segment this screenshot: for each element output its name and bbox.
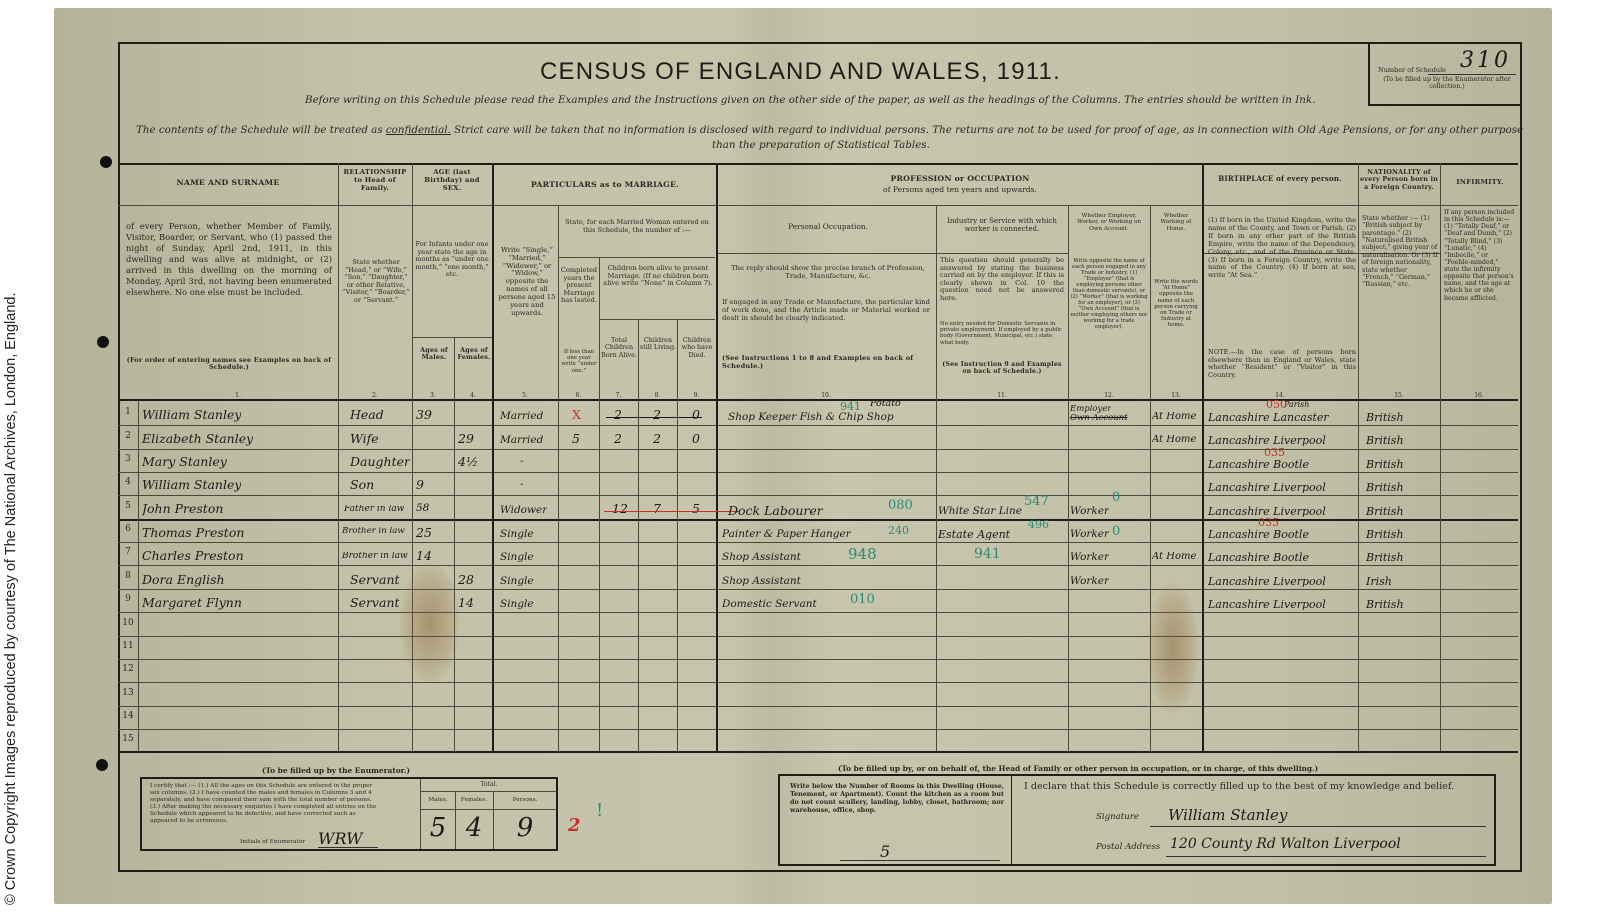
cell-age-male: 14	[416, 550, 432, 563]
header-birthplace: BIRTHPLACE of every person.	[1204, 175, 1356, 183]
header-occupation: PROFESSION or OCCUPATION	[718, 175, 1202, 184]
header-children-died: Children who have Died.	[678, 337, 716, 359]
cell-nationality: British	[1366, 599, 1404, 610]
cell-birthplace-code: 035	[1258, 517, 1279, 528]
cell-marital-status: Widower	[500, 505, 547, 516]
header-children-total: Total Children Born Alive.	[600, 337, 638, 359]
totals-persons-label: Persons.	[493, 797, 557, 803]
enumerator-certificate-box: I certify that :— (1.) All the ages on t…	[140, 777, 558, 851]
cell-at-home: At Home	[1152, 552, 1196, 562]
row-number: 5	[122, 501, 134, 511]
cell-birthplace: Lancashire Bootle	[1208, 459, 1309, 470]
header-birthplace-desc: (1) If born in the United Kingdom, write…	[1208, 217, 1356, 280]
header-home: Whether Working at Home.	[1152, 213, 1200, 232]
cell-nationality: British	[1366, 435, 1404, 446]
column-number: 16.	[1440, 392, 1518, 399]
row-number: 2	[122, 431, 134, 441]
paper-stain	[1148, 583, 1198, 713]
instruction-line-2: The contents of the Schedule will be tre…	[136, 124, 1523, 136]
column-number: 1.	[138, 392, 338, 399]
column-number: 3.	[412, 392, 454, 399]
header-age-desc: For Infants under one year state the age…	[414, 241, 490, 279]
schedule-number-note: (To be filled up by the Enumerator after…	[1376, 76, 1518, 90]
cell-children-living: 2	[653, 433, 661, 446]
column-number: 11.	[936, 392, 1068, 399]
cell-birthplace-code: 050	[1266, 399, 1287, 410]
header-employer-desc: Write opposite the name of each person e…	[1070, 259, 1148, 331]
signature-value: William Stanley	[1168, 806, 1287, 824]
totals-label: Total.	[421, 781, 557, 788]
row-number: 14	[122, 711, 134, 721]
column-number: 4.	[454, 392, 492, 399]
cell-birthplace: Lancashire Lancaster	[1208, 412, 1329, 423]
cell-children-total: 2	[614, 433, 622, 446]
header-employer: Whether Employer, Worker, or Working on …	[1070, 213, 1148, 232]
copyright-credit: © Crown Copyright Images reproduced by c…	[3, 205, 27, 905]
cell-relationship: Head	[350, 409, 384, 422]
row-number: 6	[122, 524, 134, 534]
row-number: 4	[122, 477, 134, 487]
header-home-desc: Write the words “At Home” opposite the n…	[1152, 279, 1200, 329]
punch-hole	[100, 156, 112, 168]
row-number: 10	[122, 618, 134, 628]
cell-relationship: Brother in law	[342, 527, 405, 536]
schedule-number-value: 310	[1460, 48, 1511, 73]
header-industry-desc-2: No entry needed for Domestic Servants in…	[940, 321, 1064, 346]
row-number: 12	[122, 664, 134, 674]
cell-relationship: Father in law	[344, 505, 404, 514]
row-number: 15	[122, 734, 134, 744]
header-personal-desc-2: If engaged in any Trade or Manufacture, …	[722, 299, 930, 322]
instruction-text: The contents of the Schedule will be tre…	[136, 124, 386, 136]
cell-name: William Stanley	[142, 409, 241, 422]
header-age-females: Ages of Females.	[456, 347, 492, 362]
row-number: 11	[122, 641, 134, 651]
cell-marriage-years: 5	[572, 433, 580, 446]
cell-name: Margaret Flynn	[142, 597, 242, 610]
header-industry: Industry or Service with which worker is…	[938, 217, 1066, 233]
instruction-line-3: than the preparation of Statistical Tabl…	[712, 139, 930, 151]
row-number: 1	[122, 407, 134, 417]
cell-employer: Worker	[1070, 576, 1109, 587]
cell-nationality: Irish	[1366, 576, 1392, 587]
totals-males-label: Males.	[421, 797, 455, 803]
cell-employer-code: 0	[1112, 491, 1120, 504]
header-marriage-years: Completed years the present Marriage has…	[560, 267, 598, 305]
instruction-text: Strict care will be taken that no inform…	[451, 124, 1523, 136]
cell-name: William Stanley	[142, 479, 241, 492]
cell-age-female: 4½	[458, 456, 478, 469]
cell-occupation-code: 941	[840, 401, 861, 412]
header-name-note: (For order of entering names see Example…	[124, 357, 334, 372]
cell-occupation-code: 010	[850, 593, 875, 606]
cell-occupation-annotation: Potato	[870, 399, 901, 409]
enumerator-initials-label: Initials of Enumerator	[240, 839, 305, 845]
cell-occupation: Dock Labourer	[728, 505, 823, 518]
cell-birthplace: Lancashire Bootle	[1208, 529, 1309, 540]
header-industry-note: (See Instruction 9 and Examples on back …	[940, 361, 1064, 375]
cell-birthplace: Lancashire Bootle	[1208, 552, 1309, 563]
cell-marital-status: Single	[500, 576, 534, 587]
header-infirmity-desc: If any person included in this Schedule …	[1444, 209, 1516, 302]
cell-industry: Estate Agent	[938, 529, 1010, 540]
census-table: NAME AND SURNAME of every Person, whethe…	[118, 163, 1518, 751]
header-personal-note: (See Instructions 1 to 8 and Examples on…	[722, 355, 932, 370]
header-age-males: Ages of Males.	[414, 347, 454, 362]
row-number: 8	[122, 571, 134, 581]
cell-name: Charles Preston	[142, 550, 244, 563]
header-occupation-sub: of Persons aged ten years and upwards.	[718, 186, 1202, 195]
cell-age-male: 25	[416, 527, 432, 540]
instruction-line-1: Before writing on this Schedule please r…	[305, 94, 1315, 106]
totals-persons: 9	[493, 813, 557, 843]
header-birthplace-note: NOTE.—In the case of persons born elsewh…	[1208, 349, 1356, 379]
column-number: 12.	[1068, 392, 1150, 399]
header-infirmity: INFIRMITY.	[1442, 179, 1518, 187]
cell-nationality: British	[1366, 552, 1404, 563]
postal-address-label: Postal Address	[1096, 842, 1160, 852]
cell-relationship: Daughter	[350, 456, 410, 469]
column-number: 15.	[1358, 392, 1440, 399]
cell-age-female: 28	[458, 574, 474, 587]
cell-age-male: 58	[416, 503, 429, 514]
schedule-number-box: Number of Schedule 310 (To be filled up …	[1368, 44, 1522, 106]
header-children-living: Children still Living.	[639, 337, 677, 352]
cell-birthplace: Lancashire Liverpool	[1208, 599, 1326, 610]
cell-name: Dora English	[142, 574, 225, 587]
row-number: 9	[122, 594, 134, 604]
cell-nationality: British	[1366, 482, 1404, 493]
cell-children-living: 2	[653, 409, 661, 422]
header-married-woman: State, for each Married Woman entered on…	[562, 219, 712, 234]
postal-address-value: 120 County Rd Walton Liverpool	[1170, 836, 1401, 852]
cell-occupation: Domestic Servant	[722, 599, 817, 610]
cell-nationality: British	[1366, 506, 1404, 517]
cell-occupation-code: 240	[888, 525, 909, 536]
column-number: 13.	[1150, 392, 1202, 399]
page-title: CENSUS OF ENGLAND AND WALES, 1911.	[540, 58, 1061, 86]
column-number: 9.	[677, 392, 716, 399]
header-age: AGE (last Birthday) and SEX.	[414, 169, 490, 192]
cell-employer: Worker	[1070, 552, 1109, 563]
cell-marital-status: -	[520, 456, 524, 467]
cell-relationship: Brother in law	[342, 552, 408, 561]
column-number: 5.	[492, 392, 558, 399]
cell-nationality: British	[1366, 459, 1404, 470]
cell-age-female: 14	[458, 597, 474, 610]
cell-occupation: Painter & Paper Hanger	[722, 529, 851, 540]
cell-marital-status: Single	[500, 599, 534, 610]
header-marriage-years-note: If less than one year write “under one.”	[560, 349, 598, 374]
cell-occupation-code: 948	[848, 547, 877, 562]
head-of-family-heading: (To be filled up by, or on behalf of, th…	[838, 764, 1318, 773]
row-number: 13	[122, 688, 134, 698]
cell-occupation: Shop Assistant	[722, 552, 801, 563]
header-marriage: PARTICULARS as to MARRIAGE.	[498, 181, 712, 190]
row-number: 3	[122, 454, 134, 464]
cell-employer: Worker	[1070, 506, 1109, 517]
punch-hole	[97, 336, 109, 348]
row-number: 7	[122, 547, 134, 557]
cell-industry-code: 547	[1024, 495, 1049, 508]
teal-tick-mark: !	[596, 800, 603, 821]
cell-industry-code: 941	[974, 547, 1001, 561]
column-number: 10.	[716, 392, 936, 399]
cell-at-home: At Home	[1152, 435, 1196, 445]
cell-age-female: 29	[458, 433, 474, 446]
column-number: 6.	[558, 392, 599, 399]
cell-children-total: 2	[614, 409, 622, 422]
declaration-box: Write below the Number of Rooms in this …	[778, 774, 1496, 866]
red-check-mark: 2	[568, 815, 581, 836]
cell-birthplace: Lancashire Liverpool	[1208, 435, 1326, 446]
header-relationship: RELATIONSHIP to Head of Family.	[340, 169, 410, 192]
rooms-section: Write below the Number of Rooms in this …	[780, 776, 1012, 864]
cell-children-died: 0	[692, 409, 700, 422]
declaration-text: I declare that this Schedule is correctl…	[1024, 781, 1454, 792]
cell-age-male: 9	[416, 479, 424, 492]
header-marriage-status-desc: Write “Single,” “Married,” “Widower,” or…	[498, 247, 556, 317]
cell-name: John Preston	[142, 503, 223, 516]
cell-name: Thomas Preston	[142, 527, 244, 540]
signature-label: Signature	[1096, 812, 1139, 822]
totals-box: Total. Males. Females. Persons. 5 4 9	[420, 779, 556, 849]
cell-occupation-code: 080	[888, 499, 913, 512]
header-relationship-desc: State whether “Head,” or “Wife,” “Son,” …	[342, 259, 410, 304]
paper-stain	[400, 563, 460, 683]
cell-name: Mary Stanley	[142, 456, 227, 469]
cell-children-died: 0	[692, 433, 700, 446]
enumerator-certify-text: I certify that :— (1.) All the ages on t…	[150, 783, 378, 825]
cell-marital-status: Married	[500, 411, 543, 422]
header-name-desc: of every Person, whether Member of Famil…	[126, 221, 332, 297]
cell-employer: Employer	[1070, 405, 1111, 414]
cell-children-living: 7	[653, 503, 661, 516]
rooms-count: 5	[880, 842, 890, 861]
column-number: 7.	[599, 392, 638, 399]
enumerator-heading: (To be filled up by the Enumerator.)	[262, 766, 410, 775]
header-children: Children born alive to present Marriage.…	[602, 265, 714, 288]
cell-birthplace-annotation: Parish	[1284, 401, 1309, 409]
cell-age-male: 39	[416, 409, 432, 422]
cell-at-home: At Home	[1152, 412, 1196, 422]
column-number: 2.	[338, 392, 412, 399]
cell-nationality: British	[1366, 412, 1404, 423]
header-industry-desc: This question should generally be answer…	[940, 257, 1064, 302]
cell-occupation: Shop Keeper Fish & Chip Shop	[728, 412, 894, 423]
cell-industry-code: 496	[1028, 519, 1049, 530]
confidential-word: confidential.	[386, 124, 451, 136]
cell-marriage-years: X	[572, 409, 581, 422]
cell-occupation: Shop Assistant	[722, 576, 801, 587]
rooms-instructions: Write below the Number of Rooms in this …	[790, 782, 1004, 814]
header-personal-occupation: Personal Occupation.	[722, 223, 934, 232]
cell-employer-struck: Own Account	[1070, 414, 1128, 423]
cell-birthplace: Lancashire Liverpool	[1208, 482, 1326, 493]
cell-children-died: 5	[692, 503, 700, 516]
column-number: 14.	[1202, 392, 1358, 399]
schedule-number-label: Number of Schedule	[1378, 66, 1446, 74]
cell-relationship: Wife	[350, 433, 379, 446]
cell-relationship: Son	[350, 479, 374, 492]
column-number: 8.	[638, 392, 677, 399]
header-nationality-desc: State whether :— (1) “British subject by…	[1362, 215, 1438, 289]
totals-females: 4	[455, 813, 493, 843]
cell-relationship: Servant	[350, 597, 400, 610]
cell-birthplace-code: 035	[1264, 447, 1285, 458]
cell-marital-status: Married	[500, 435, 543, 446]
header-personal-desc-1: The reply should show the precise branch…	[722, 265, 934, 281]
cell-employer-code: 0	[1112, 525, 1120, 538]
cell-relationship: Servant	[350, 574, 400, 587]
schedule-number-line	[1428, 74, 1516, 75]
totals-males: 5	[421, 813, 455, 843]
header-nationality: NATIONALITY of every Person born in a Fo…	[1360, 169, 1438, 191]
cell-marital-status: Single	[500, 552, 534, 563]
cell-children-total: 12	[612, 503, 628, 516]
header-name: NAME AND SURNAME	[138, 179, 318, 188]
totals-females-label: Females.	[455, 797, 493, 803]
cell-industry: White Star Line	[938, 506, 1022, 517]
cell-employer: Worker	[1070, 529, 1109, 540]
punch-hole	[96, 759, 108, 771]
cell-marital-status: -	[520, 479, 524, 490]
cell-name: Elizabeth Stanley	[142, 433, 253, 446]
cell-birthplace: Lancashire Liverpool	[1208, 506, 1326, 517]
cell-marital-status: Single	[500, 529, 534, 540]
cell-birthplace: Lancashire Liverpool	[1208, 576, 1326, 587]
enumerator-initials: WRW	[318, 829, 363, 848]
cell-nationality: British	[1366, 529, 1404, 540]
